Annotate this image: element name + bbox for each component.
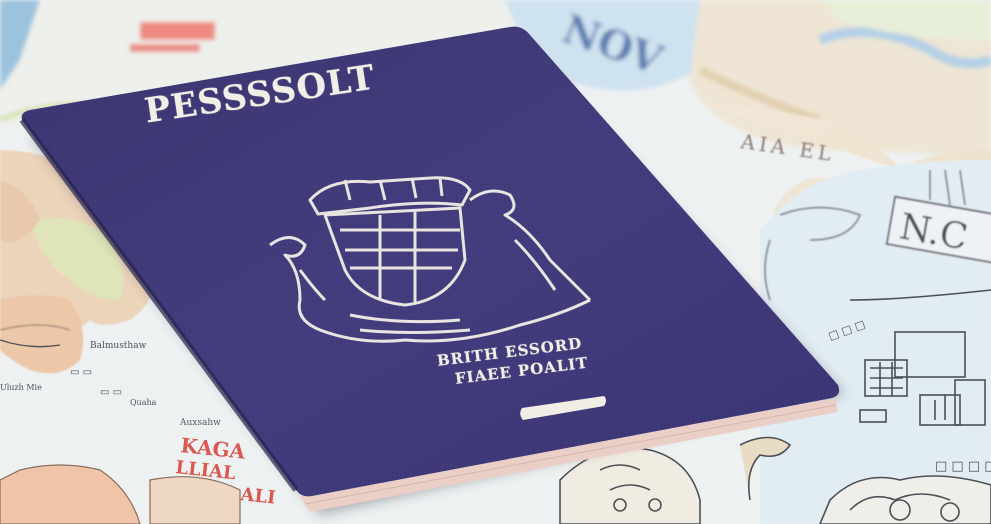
photo-scene: NOV AIA EL N.C [0, 0, 991, 524]
passport [0, 0, 991, 524]
